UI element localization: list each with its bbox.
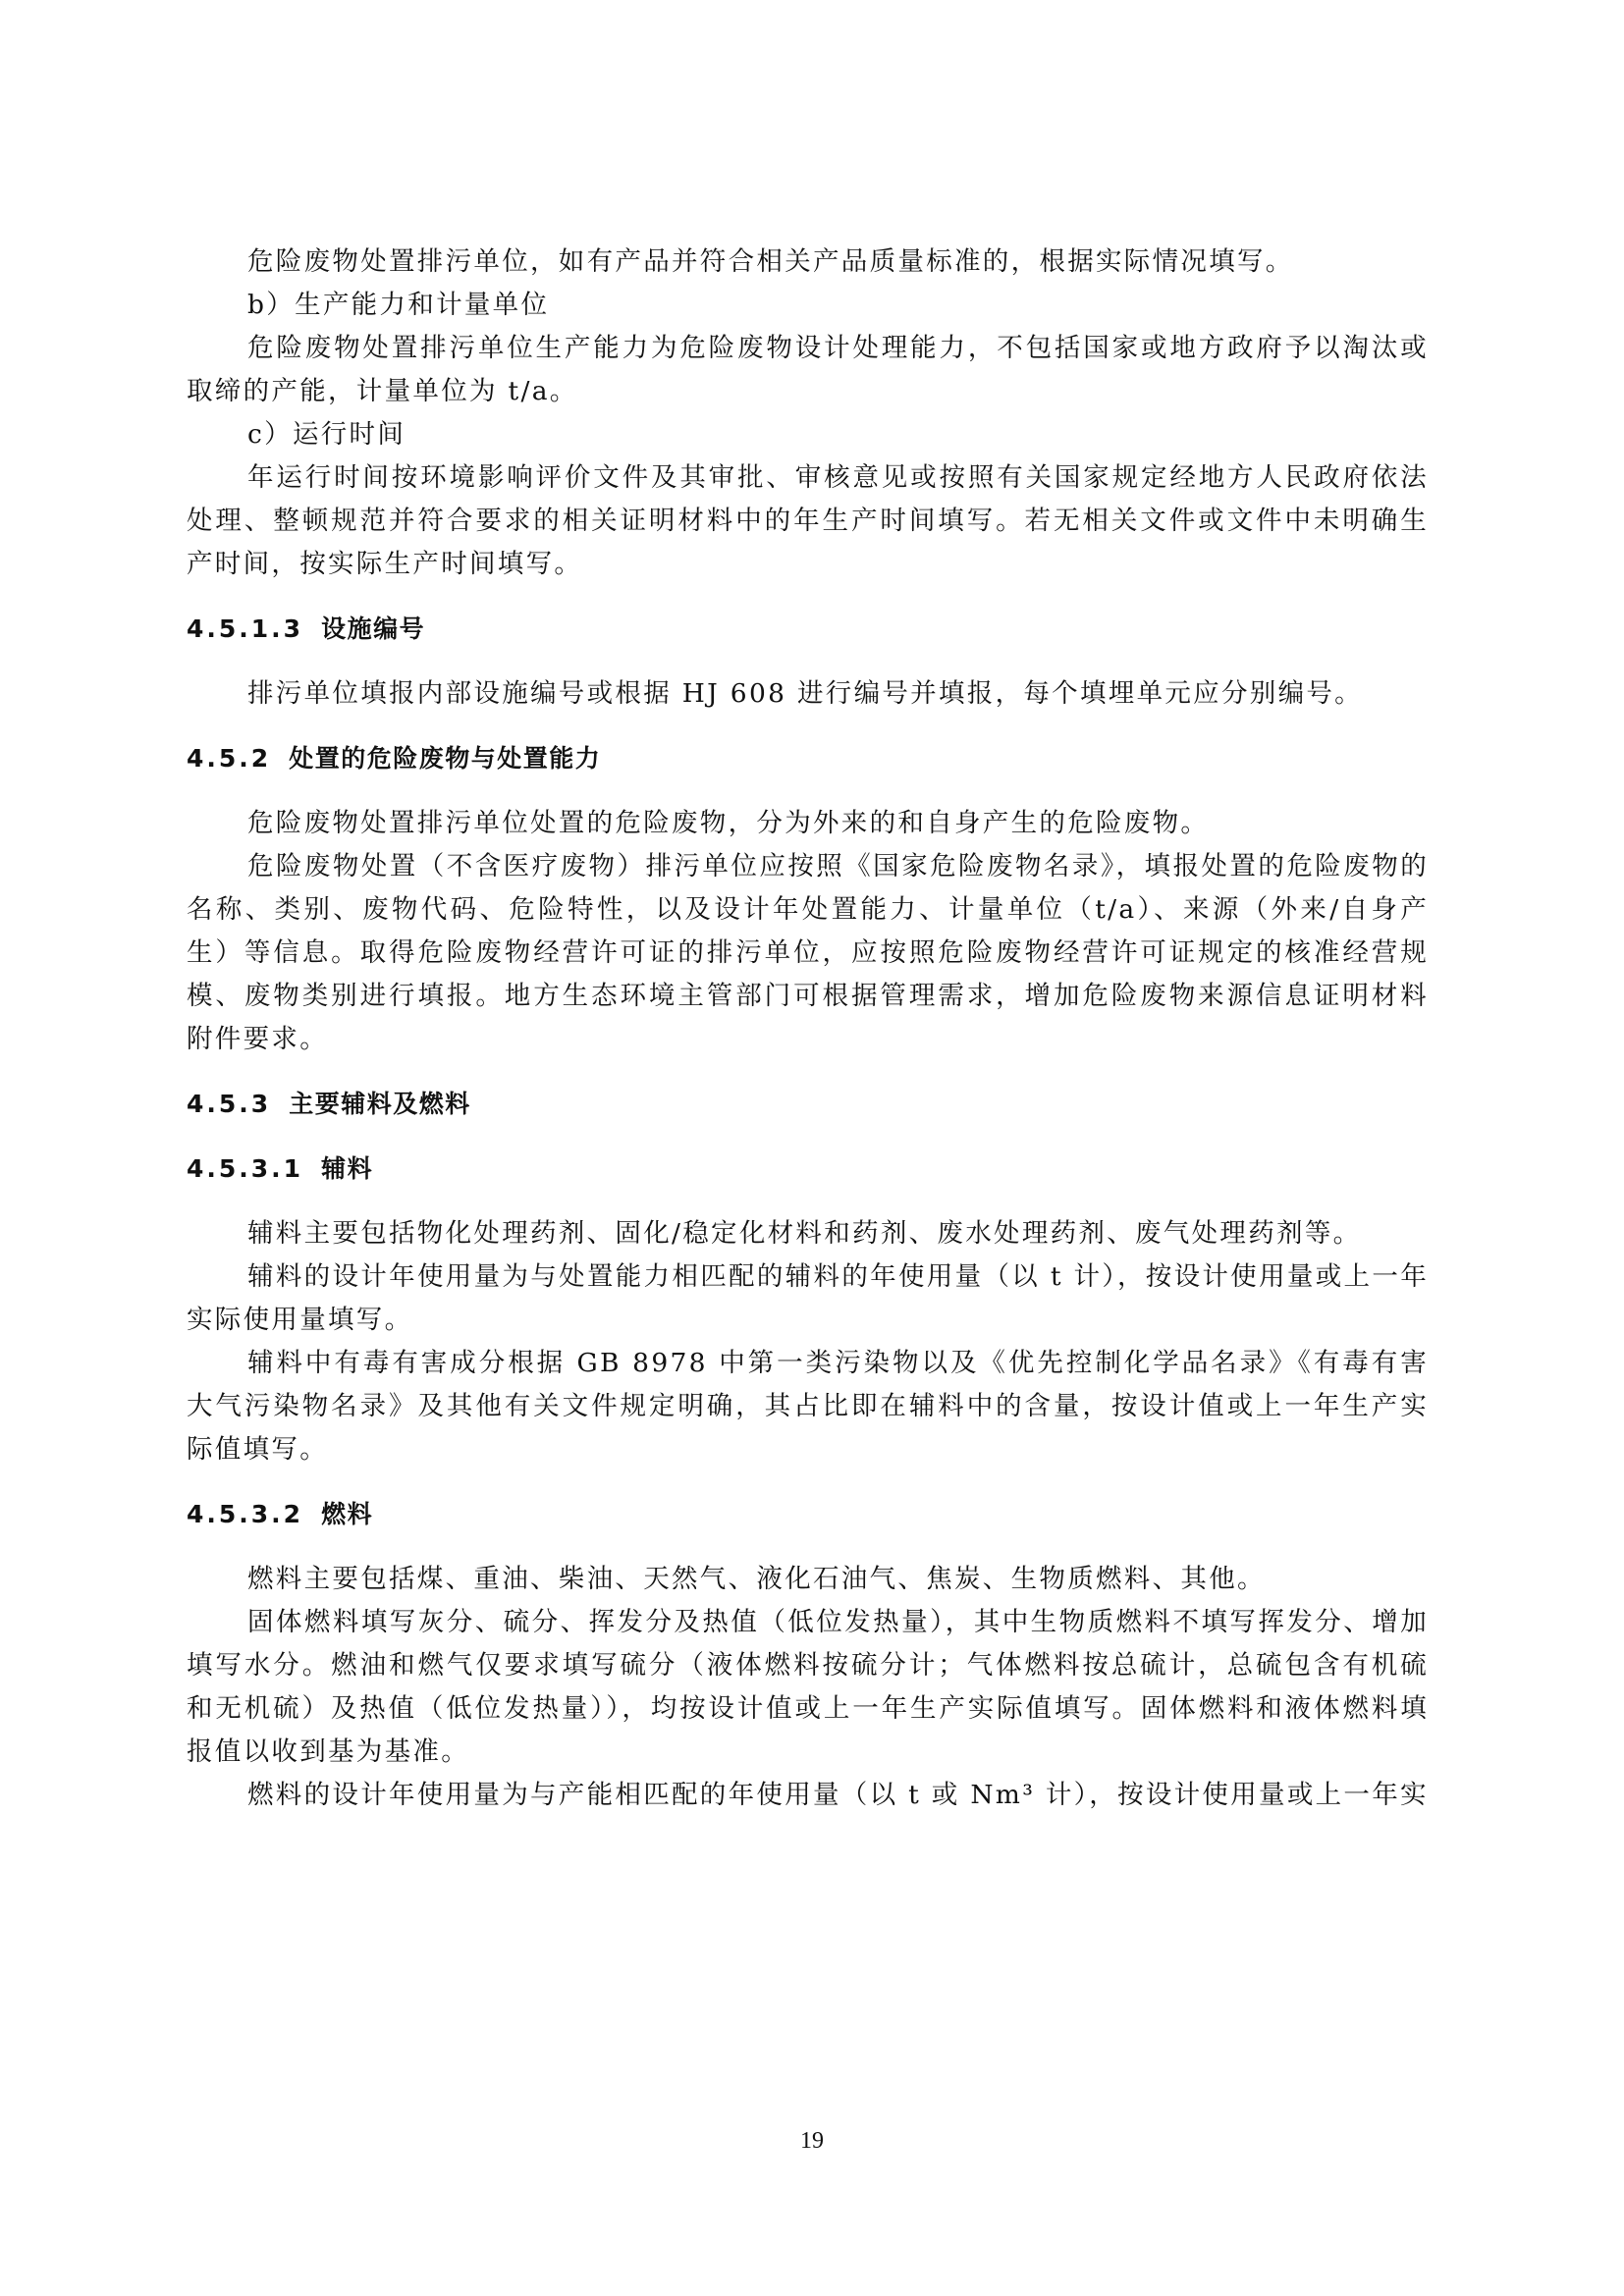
heading-4-5-3: 4.5.3主要辅料及燃料	[187, 1083, 1429, 1126]
heading-title: 辅料	[321, 1154, 373, 1183]
paragraph-waste-sources: 危险废物处置排污单位处置的危险废物，分为外来的和自身产生的危险废物。	[187, 802, 1429, 845]
paragraph-auxiliary-toxic: 辅料中有毒有害成分根据 GB 8978 中第一类污染物以及《优先控制化学品名录》…	[187, 1342, 1429, 1471]
list-item-operating-time: c）运行时间	[187, 413, 1429, 456]
heading-4-5-2: 4.5.2处置的危险废物与处置能力	[187, 737, 1429, 780]
paragraph-facility-numbering: 排污单位填报内部设施编号或根据 HJ 608 进行编号并填报，每个填埋单元应分别…	[187, 672, 1429, 716]
heading-4-5-1-3: 4.5.1.3设施编号	[187, 608, 1429, 651]
heading-number: 4.5.3	[187, 1090, 271, 1118]
heading-number: 4.5.2	[187, 744, 271, 773]
list-item-production-capacity: b）生产能力和计量单位	[187, 284, 1429, 327]
heading-title: 设施编号	[321, 614, 425, 643]
paragraph-production-capacity: 危险废物处置排污单位生产能力为危险废物设计处理能力，不包括国家或地方政府予以淘汰…	[187, 327, 1429, 413]
heading-title: 处置的危险废物与处置能力	[289, 744, 601, 773]
paragraph-fuel-usage: 燃料的设计年使用量为与产能相匹配的年使用量（以 t 或 Nm³ 计），按设计使用…	[187, 1774, 1429, 1817]
heading-number: 4.5.3.1	[187, 1154, 303, 1183]
heading-title: 主要辅料及燃料	[289, 1090, 471, 1118]
paragraph-operating-time: 年运行时间按环境影响评价文件及其审批、审核意见或按照有关国家规定经地方人民政府依…	[187, 456, 1429, 586]
page-number: 19	[0, 2128, 1624, 2155]
paragraph-fuel-properties: 固体燃料填写灰分、硫分、挥发分及热值（低位发热量），其中生物质燃料不填写挥发分、…	[187, 1601, 1429, 1774]
heading-title: 燃料	[321, 1500, 373, 1528]
heading-number: 4.5.3.2	[187, 1500, 303, 1528]
paragraph-product-note: 危险废物处置排污单位，如有产品并符合相关产品质量标准的，根据实际情况填写。	[187, 240, 1429, 284]
paragraph-waste-reporting: 危险废物处置（不含医疗废物）排污单位应按照《国家危险废物名录》，填报处置的危险废…	[187, 845, 1429, 1061]
paragraph-auxiliary-usage: 辅料的设计年使用量为与处置能力相匹配的辅料的年使用量（以 t 计），按设计使用量…	[187, 1255, 1429, 1342]
paragraph-fuel-types: 燃料主要包括煤、重油、柴油、天然气、液化石油气、焦炭、生物质燃料、其他。	[187, 1558, 1429, 1601]
paragraph-auxiliary-types: 辅料主要包括物化处理药剂、固化/稳定化材料和药剂、废水处理药剂、废气处理药剂等。	[187, 1212, 1429, 1255]
heading-4-5-3-2: 4.5.3.2燃料	[187, 1493, 1429, 1536]
document-page: 危险废物处置排污单位，如有产品并符合相关产品质量标准的，根据实际情况填写。 b）…	[187, 240, 1429, 1817]
heading-4-5-3-1: 4.5.3.1辅料	[187, 1148, 1429, 1191]
heading-number: 4.5.1.3	[187, 614, 303, 643]
